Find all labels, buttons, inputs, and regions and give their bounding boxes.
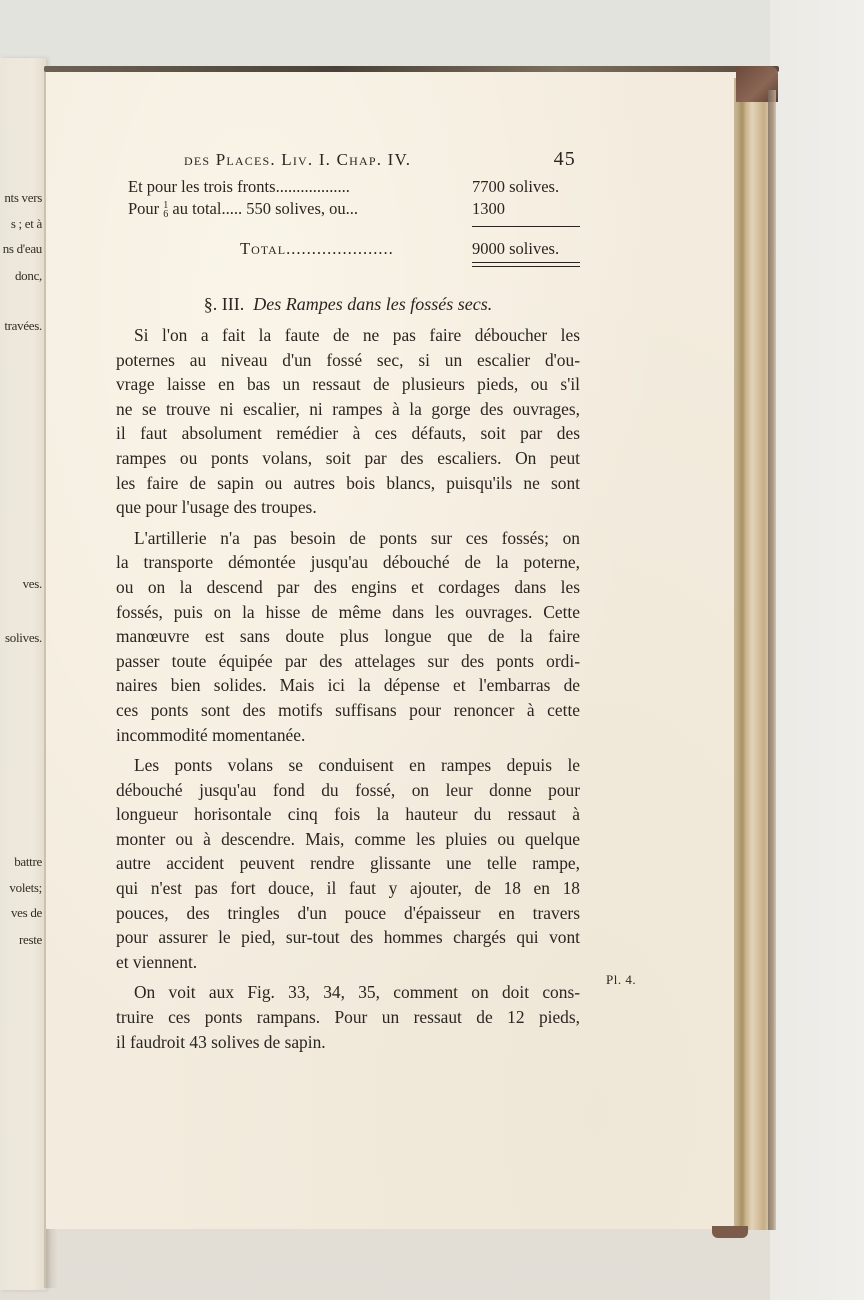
text-line: rampes ou ponts volans, soit par des esc… xyxy=(116,446,580,471)
paragraph: Si l'on a fait la faute de ne pas faire … xyxy=(116,323,580,520)
left-page-text-fragment: volets; xyxy=(9,880,42,896)
text-line: poternes au niveau d'un fossé sec, si un… xyxy=(116,348,580,373)
tally-label: Et pour les trois fronts................… xyxy=(128,176,350,198)
body-text: Si l'on a fait la faute de ne pas faire … xyxy=(116,323,580,1054)
left-page-text-fragment: battre xyxy=(14,854,42,870)
text-line: truire ces ponts rampans. Pour un ressau… xyxy=(116,1005,580,1030)
text-line: Les ponts volans se conduisent en rampes… xyxy=(116,753,580,778)
text-line: il faut absolument remédier à ces défaut… xyxy=(116,421,580,446)
left-page-text-fragment: travées. xyxy=(4,318,42,334)
running-head-title: des Places. Liv. I. Chap. IV. xyxy=(184,150,411,170)
cover-edge xyxy=(768,90,776,1230)
left-page-text-fragment: s ; et à xyxy=(11,216,42,232)
text-line: qui n'est pas fort douce, il faut y ajou… xyxy=(116,876,580,901)
tally-value: 1300 xyxy=(472,198,505,220)
sum-rule xyxy=(472,226,580,227)
text-line: longueur horisontale cinq fois la hauteu… xyxy=(116,802,580,827)
fraction: 1 6 xyxy=(163,201,168,219)
text-line: fossés, puis on la hisse de même dans le… xyxy=(116,600,580,625)
total-label: Total..................... xyxy=(240,238,394,260)
paragraph: On voit aux Fig. 33, 34, 35, comment on … xyxy=(116,980,580,1054)
tally-label-suffix: au total..... 550 solives, ou... xyxy=(172,199,358,218)
text-line: manœuvre est sans doute plus longue que … xyxy=(116,624,580,649)
left-page-text-fragment: donc, xyxy=(15,268,42,284)
left-page-text-fragment: ves de xyxy=(11,905,42,921)
left-page-text-fragment: ns d'eau xyxy=(3,241,42,257)
left-page-text-fragment: reste xyxy=(19,932,42,948)
tally-row: Pour 1 6 au total..... 550 solives, ou..… xyxy=(116,198,580,220)
double-rule-top xyxy=(472,262,580,263)
paragraph: L'artillerie n'a pas besoin de ponts sur… xyxy=(116,526,580,747)
fraction-denominator: 6 xyxy=(163,210,168,219)
tally-total-row: Total..................... 9000 solives. xyxy=(116,238,580,268)
text-line: ou on la descend par des engins et corda… xyxy=(116,575,580,600)
paragraph: Les ponts volans se conduisent en rampes… xyxy=(116,753,580,974)
text-line: ces ponts sont des motifs suffisans pour… xyxy=(116,698,580,723)
total-value: 9000 solives. xyxy=(472,238,559,260)
text-line: Si l'on a fait la faute de ne pas faire … xyxy=(116,323,580,348)
text-line: les faire de sapin ou autres bois blancs… xyxy=(116,471,580,496)
left-page-text-fragment: solives. xyxy=(5,630,42,646)
text-line: pour assurer le pied, sur-tout des homme… xyxy=(116,925,580,950)
tally-label: Pour 1 6 au total..... 550 solives, ou..… xyxy=(128,198,358,220)
text-line: pouces, des tringles d'un pouce d'épaiss… xyxy=(116,901,580,926)
text-line: passer toute équipée par des attelages s… xyxy=(116,649,580,674)
margin-note-plate: Pl. 4. xyxy=(606,972,636,988)
book-top-edge xyxy=(44,66,779,72)
text-line: naires bien solides. Mais ici la dépense… xyxy=(116,673,580,698)
tally-row: Et pour les trois fronts................… xyxy=(116,176,580,198)
running-head: des Places. Liv. I. Chap. IV. 45 xyxy=(116,150,580,176)
text-line: que pour l'usage des troupes. xyxy=(116,495,580,520)
tally-label-prefix: Pour xyxy=(128,199,159,218)
left-page-fragment: nts verss ; et àns d'eaudonc,travées.ves… xyxy=(0,58,46,1290)
text-line: et viennent. xyxy=(116,950,580,975)
text-line: On voit aux Fig. 33, 34, 35, comment on … xyxy=(116,980,580,1005)
text-line: monter ou à descendre. Mais, comme les p… xyxy=(116,827,580,852)
cover-bottom-corner xyxy=(712,1226,748,1238)
text-line: L'artillerie n'a pas besoin de ponts sur… xyxy=(116,526,580,551)
tally-value: 7700 solives. xyxy=(472,176,559,198)
double-rule-bottom xyxy=(472,266,580,267)
section-title: Des Rampes dans les fossés secs. xyxy=(253,294,492,314)
text-line: il faudroit 43 solives de sapin. xyxy=(116,1030,580,1055)
page-number: 45 xyxy=(554,148,576,171)
section-heading: §. III. Des Rampes dans les fossés secs. xyxy=(116,294,580,315)
text-line: incommodité momentanée. xyxy=(116,723,580,748)
page-content: des Places. Liv. I. Chap. IV. 45 Et pour… xyxy=(116,150,580,1054)
text-line: ne se trouve ni escalier, ni rampes à la… xyxy=(116,397,580,422)
text-line: autre accident peuvent rendre glissante … xyxy=(116,851,580,876)
text-line: vrage laisse en bas un ressaut de plusie… xyxy=(116,372,580,397)
text-line: la transporte démontée jusqu'au débouché… xyxy=(116,550,580,575)
text-line: débouché jusqu'au fond du fossé, on leur… xyxy=(116,778,580,803)
background-right xyxy=(770,0,864,1300)
left-page-text-fragment: ves. xyxy=(23,576,42,592)
left-page-text-fragment: nts vers xyxy=(4,190,42,206)
section-number: §. III. xyxy=(204,294,244,314)
tally-table: Et pour les trois fronts................… xyxy=(116,176,580,268)
